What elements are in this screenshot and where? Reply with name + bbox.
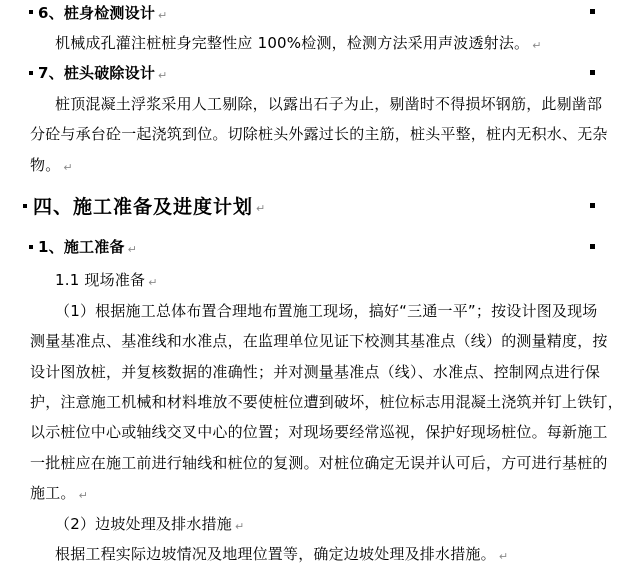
line-text: （2）边坡处理及排水措施 — [55, 513, 232, 534]
right-margin-square-icon — [590, 9, 595, 14]
line-text: 机械成孔灌注桩桩身完整性应 100%检测，检测方法采用声波透射法。 — [55, 32, 529, 53]
para-line: 根据工程实际边坡情况及地理位置等，确定边坡处理及排水措施。↵ — [0, 538, 626, 568]
right-margin-square-icon — [590, 244, 595, 249]
paragraph-mark-icon: ↵ — [158, 69, 167, 82]
line-text: 测量基准点、基准线和水准点，在监理单位见证下校测其基准点（线）的测量精度，按 — [30, 330, 608, 351]
para-line: 1.1 现场准备↵ — [0, 265, 626, 295]
document-body: 6、桩身检测设计↵机械成孔灌注桩桩身完整性应 100%检测，检测方法采用声波透射… — [0, 0, 626, 569]
line-text: （1）根据施工总体布置合理地布置施工现场，搞好“三通一平”；按设计图及现场 — [55, 300, 598, 321]
para-line: 机械成孔灌注桩桩身完整性应 100%检测，检测方法采用声波透射法。↵ — [0, 27, 626, 57]
paragraph-mark-icon: ↵ — [158, 9, 167, 22]
line-text: 分砼与承台砼一起浇筑到位。切除桩头外露过长的主筋，桩头平整，桩内无积水、无杂 — [30, 123, 608, 144]
line-text: 物。 — [30, 154, 60, 175]
paragraph-mark-icon: ↵ — [499, 550, 508, 563]
line-text: 根据工程实际边坡情况及地理位置等，确定边坡处理及排水措施。 — [55, 543, 496, 564]
para-line: 桩顶混凝土浮浆采用人工剔除，以露出石子为止，剔凿时不得损坏钢筋，此剔凿部 — [0, 88, 626, 118]
paragraph-mark-icon: ↵ — [63, 161, 72, 174]
line-text: 桩顶混凝土浮浆采用人工剔除，以露出石子为止，剔凿时不得损坏钢筋，此剔凿部 — [55, 93, 602, 114]
para-line: （1）根据施工总体布置合理地布置施工现场，搞好“三通一平”；按设计图及现场 — [0, 295, 626, 325]
paragraph-mark-icon: ↵ — [256, 202, 265, 215]
heading-chapter-4: 四、施工准备及进度计划↵ — [0, 187, 626, 224]
square-bullet-icon — [23, 204, 27, 208]
line-text: 一批桩应在施工前进行轴线和桩位的复测。对桩位确定无误并认可后，方可进行基桩的 — [30, 452, 608, 473]
right-margin-square-icon — [590, 70, 595, 75]
line-text: 以示桩位中心或轴线交叉中心的位置；对现场要经常巡视，保护好现场桩位。每新施工 — [30, 421, 608, 442]
paragraph-mark-icon: ↵ — [148, 276, 157, 289]
line-text: 1、施工准备 — [38, 236, 125, 257]
para-line: 设计图放桩，并复核数据的准确性；并对测量基准点（线）、水准点、控制网点进行保 — [0, 356, 626, 386]
paragraph-mark-icon: ↵ — [532, 39, 541, 52]
para-line: （2）边坡处理及排水措施↵ — [0, 508, 626, 538]
line-text: 护，注意施工机械和材料堆放不要使桩位遭到破坏，桩位标志用混凝土浇筑并钉上铁钉， — [30, 391, 623, 412]
heading-6: 6、桩身检测设计↵ — [0, 0, 626, 27]
paragraph-mark-icon: ↵ — [128, 243, 137, 256]
para-line: 护，注意施工机械和材料堆放不要使桩位遭到破坏，桩位标志用混凝土浇筑并钉上铁钉， — [0, 386, 626, 416]
para-line: 一批桩应在施工前进行轴线和桩位的复测。对桩位确定无误并认可后，方可进行基桩的 — [0, 447, 626, 477]
paragraph-mark-icon: ↵ — [79, 489, 88, 502]
heading-7: 7、桩头破除设计↵ — [0, 58, 626, 88]
line-text: 7、桩头破除设计 — [38, 62, 155, 83]
line-text: 1.1 现场准备 — [55, 269, 145, 290]
square-bullet-icon — [29, 10, 33, 14]
document-page: 6、桩身检测设计↵机械成孔灌注桩桩身完整性应 100%检测，检测方法采用声波透射… — [0, 0, 626, 572]
para-line: 物。↵ — [0, 149, 626, 179]
paragraph-mark-icon: ↵ — [235, 520, 244, 533]
para-line: 分砼与承台砼一起浇筑到位。切除桩头外露过长的主筋，桩头平整，桩内无积水、无杂 — [0, 119, 626, 149]
para-line: 测量基准点、基准线和水准点，在监理单位见证下校测其基准点（线）的测量精度，按 — [0, 326, 626, 356]
right-margin-square-icon — [590, 203, 595, 208]
square-bullet-icon — [29, 71, 33, 75]
heading-1: 1、施工准备↵ — [0, 231, 626, 261]
square-bullet-icon — [29, 245, 33, 249]
para-line: 以示桩位中心或轴线交叉中心的位置；对现场要经常巡视，保护好现场桩位。每新施工 — [0, 417, 626, 447]
line-text: 6、桩身检测设计 — [38, 2, 155, 23]
line-text: 设计图放桩，并复核数据的准确性；并对测量基准点（线）、水准点、控制网点进行保 — [30, 361, 600, 382]
para-line: 施工。↵ — [0, 477, 626, 507]
line-text: 施工。 — [30, 482, 76, 503]
line-text: 四、施工准备及进度计划 — [33, 192, 253, 219]
